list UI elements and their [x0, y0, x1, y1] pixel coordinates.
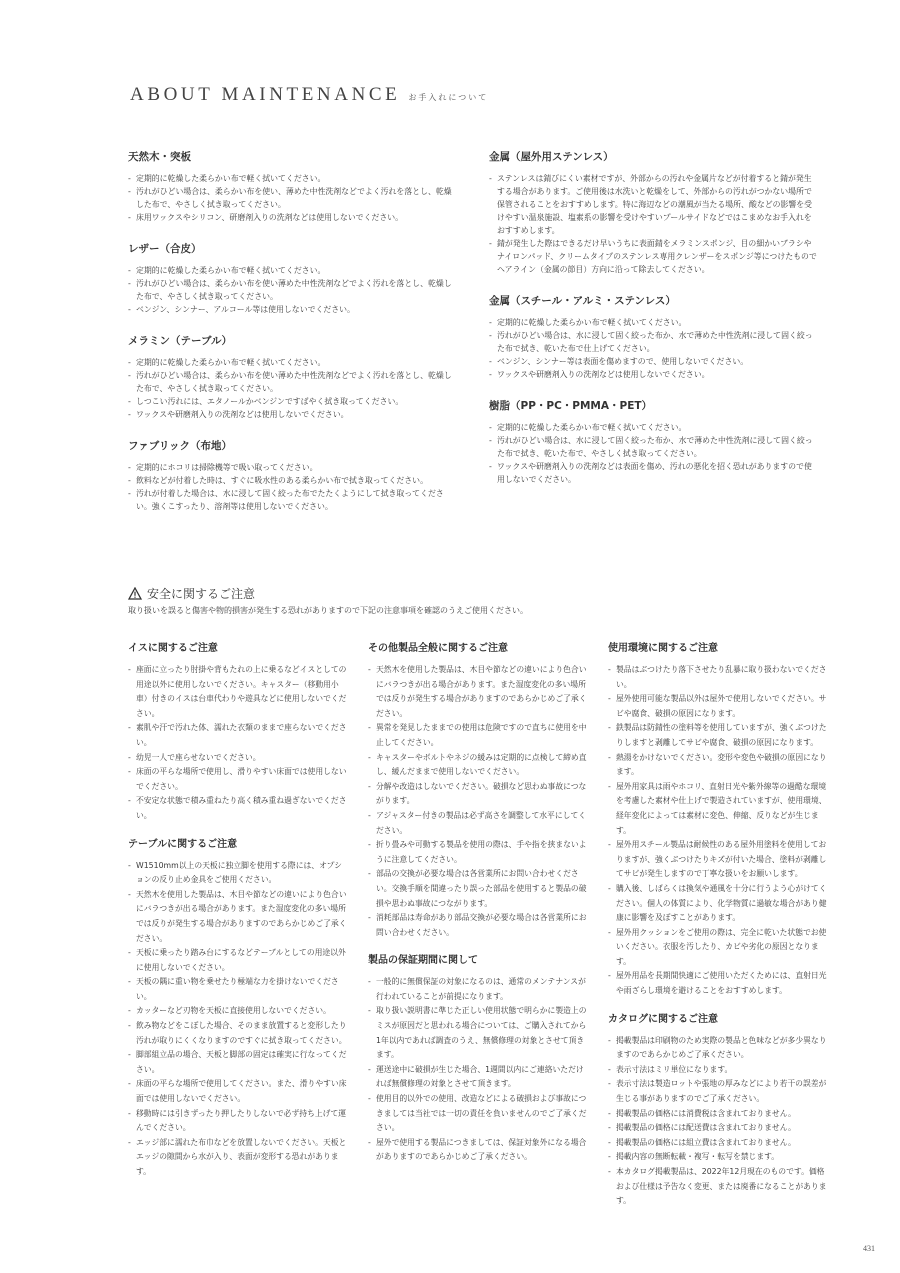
list-item: 定期的に乾燥した柔らかい布で軽く拭いてください。: [128, 264, 458, 277]
list-item: ベンジン、シンナー、アルコール等は使用しないでください。: [128, 303, 458, 316]
safety-description: 取り扱いを誤ると傷害や物的損害が発生する恐れがありますので下記の注意事項を確認の…: [128, 605, 528, 616]
page-number: 431: [863, 1244, 875, 1253]
list-item: 掲載製品の価格には消費税は含まれておりません。: [608, 1107, 828, 1122]
list-item: 天板に乗ったり踏み台にするなどテーブルとしての用途以外に使用しないでください。: [128, 946, 348, 975]
list-item: 掲載製品の価格には配送費は含まれておりません。: [608, 1121, 828, 1136]
page-title: ABOUT MAINTENANCE お手入れについて: [130, 84, 488, 106]
list-item: 一般的に無償保証の対象になるのは、通常のメンテナンスが行われていることが前提にな…: [368, 975, 588, 1004]
section-chair-caution: イスに関するご注意 座面に立ったり肘掛や背もたれの上に乗るなどイスとしての用途以…: [128, 642, 348, 824]
list-item: 不安定な状態で積み重ねたり高く積み重ね過ぎないでください。: [128, 794, 348, 823]
list-item: 運送途中に破損が生じた場合、1週間以内にご連絡いただければ無償修理の対象とさせて…: [368, 1063, 588, 1092]
list-item: 汚れがひどい場合は、水に浸して固く絞った布か、水で薄めた中性洗剤に浸して固く絞っ…: [489, 329, 819, 355]
section-title: 天然木・突板: [128, 150, 458, 164]
section-title: 樹脂（PP・PC・PMMA・PET）: [489, 399, 819, 413]
list-item: 購入後、しばらくは換気や通風を十分に行うよう心がけてください。個人の体質により、…: [608, 882, 828, 926]
list-item: 屋外用クッションをご使用の際は、完全に乾いた状態でお使いください。衣服を汚したり…: [608, 926, 828, 970]
section-title: 金属（スチール・アルミ・ステンレス）: [489, 294, 819, 308]
list-item: カッターなど刃物を天板に直接使用しないでください。: [128, 1004, 348, 1019]
list-item: 製品はぶつけたり落下させたり乱暴に取り扱わないでください。: [608, 663, 828, 692]
list-item: ワックスや研磨剤入りの洗剤などは使用しないでください。: [128, 408, 458, 421]
list-item: W1510mm以上の天板に独立脚を使用する際には、オプションの反り止め金具をご使…: [128, 859, 348, 888]
safety-column-2: その他製品全般に関するご注意 天然木を使用した製品は、木目や節などの違いにより色…: [368, 642, 588, 1179]
list-item: 脚部組立品の場合、天板と脚部の固定は確実に行なってください。: [128, 1048, 348, 1077]
safety-heading: 安全に関するご注意: [128, 585, 255, 602]
list-item: 定期的に乾燥した柔らかい布で軽く拭いてください。: [489, 316, 819, 329]
list-item: 異常を発見したままでの使用は危険ですので直ちに使用を中止してください。: [368, 721, 588, 750]
list-item: 掲載内容の無断転載・複写・転写を禁じます。: [608, 1150, 828, 1165]
list-item: 表示寸法は製造ロットや張地の厚みなどにより若干の誤差が生じる事がありますのでご了…: [608, 1077, 828, 1106]
section-warranty: 製品の保証期間に関して 一般的に無償保証の対象になるのは、通常のメンテナンスが行…: [368, 954, 588, 1165]
section-fabric: ファブリック（布地） 定期的にホコリは掃除機等で吸い取ってください。 飲料などが…: [128, 439, 458, 513]
list-item: 取り扱い説明書に準じた正しい使用状態で明らかに製造上のミスが原因だと思われる場合…: [368, 1004, 588, 1062]
list-item: 座面に立ったり肘掛や背もたれの上に乗るなどイスとしての用途以外に使用しないでくだ…: [128, 663, 348, 721]
warning-triangle-icon: [128, 587, 142, 600]
list-item: 天板の隅に重い物を乗せたり極端な力を掛けないでください。: [128, 975, 348, 1004]
section-title: その他製品全般に関するご注意: [368, 642, 588, 656]
list-item: 汚れがひどい場合は、水に浸して固く絞った布か、水で薄めた中性洗剤に浸して固く絞っ…: [489, 434, 819, 460]
section-catalog-caution: カタログに関するご注意 掲載製品は印刷物のため実際の製品と色味などが多少異なりま…: [608, 1013, 828, 1209]
section-metal: 金属（スチール・アルミ・ステンレス） 定期的に乾燥した柔らかい布で軽く拭いてくだ…: [489, 294, 819, 381]
list-item: 定期的に乾燥した柔らかい布で軽く拭いてください。: [489, 421, 819, 434]
list-item: 汚れがひどい場合は、柔らかい布を使い、薄めた中性洗剤などでよく汚れを落とし、乾燥…: [128, 185, 458, 211]
list-item: 分解や改造はしないでください。破損など思わぬ事故につながります。: [368, 780, 588, 809]
list-item: 屋外用スチール製品は耐候性のある屋外用塗料を使用しておりますが、強くぶつけたりキ…: [608, 838, 828, 882]
section-title: イスに関するご注意: [128, 642, 348, 656]
section-table-caution: テーブルに関するご注意 W1510mm以上の天板に独立脚を使用する際には、オプシ…: [128, 838, 348, 1180]
title-japanese: お手入れについて: [408, 92, 488, 103]
maintenance-right-column: 金属（屋外用ステンレス） ステンレスは錆びにくい素材ですが、外部からの汚れや金属…: [489, 150, 819, 504]
section-title: レザー（合皮）: [128, 242, 458, 256]
list-item: ステンレスは錆びにくい素材ですが、外部からの汚れや金属片などが付着すると錆が発生…: [489, 172, 819, 237]
list-item: 屋外用家具は雨やホコリ、直射日光や紫外線等の過酷な環境を考慮した素材や仕上げで製…: [608, 780, 828, 838]
list-item: 鉄製品は防錆性の塗料等を使用していますが、強くぶつけたりしますと剥離してサビや腐…: [608, 721, 828, 750]
list-item: 汚れがひどい場合は、柔らかい布を使い薄めた中性洗剤などでよく汚れを落とし、乾燥し…: [128, 277, 458, 303]
catalog-page: ABOUT MAINTENANCE お手入れについて 天然木・突板 定期的に乾燥…: [0, 0, 900, 1273]
list-item: 定期的に乾燥した柔らかい布で軽く拭いてください。: [128, 356, 458, 369]
list-item: 定期的にホコリは掃除機等で吸い取ってください。: [128, 461, 458, 474]
list-item: エッジ部に濡れた布巾などを放置しないでください。天板とエッジの隙間から水が入り、…: [128, 1136, 348, 1180]
list-item: 本カタログ掲載製品は、2022年12月現在のものです。価格および仕様は予告なく変…: [608, 1165, 828, 1209]
list-item: 床用ワックスやシリコン、研磨剤入りの洗剤などは使用しないでください。: [128, 211, 458, 224]
list-item: 屋外使用可能な製品以外は屋外で使用しないでください。サビや腐食、破損の原因になり…: [608, 692, 828, 721]
list-item: 素肌や汗で汚れた体、濡れた衣類のままで座らないでください。: [128, 721, 348, 750]
list-item: 熱湯をかけないでください。変形や変色や破損の原因になります。: [608, 751, 828, 780]
list-item: 掲載製品は印刷物のため実際の製品と色味などが多少異なりますのであらかじめご了承く…: [608, 1034, 828, 1063]
section-melamine: メラミン（テーブル） 定期的に乾燥した柔らかい布で軽く拭いてください。 汚れがひ…: [128, 334, 458, 421]
list-item: 幼児一人で座らせないでください。: [128, 751, 348, 766]
section-title: ファブリック（布地）: [128, 439, 458, 453]
list-item: 定期的に乾燥した柔らかい布で軽く拭いてください。: [128, 172, 458, 185]
list-item: 天然木を使用した製品は、木目や節などの違いにより色合いにバラつきが出る場合があり…: [368, 663, 588, 721]
section-leather: レザー（合皮） 定期的に乾燥した柔らかい布で軽く拭いてください。 汚れがひどい場…: [128, 242, 458, 316]
section-title: 使用環境に関するご注意: [608, 642, 828, 656]
list-item: ワックスや研磨剤入りの洗剤などは使用しないでください。: [489, 368, 819, 381]
title-english: ABOUT MAINTENANCE: [130, 84, 400, 106]
list-item: しつこい汚れには、エタノールかベンジンですばやく拭き取ってください。: [128, 395, 458, 408]
section-outdoor-stainless: 金属（屋外用ステンレス） ステンレスは錆びにくい素材ですが、外部からの汚れや金属…: [489, 150, 819, 276]
list-item: 掲載製品の価格には組立費は含まれておりません。: [608, 1136, 828, 1151]
list-item: 飲料などが付着した時は、すぐに吸水性のある柔らかい布で拭き取ってください。: [128, 474, 458, 487]
section-resin: 樹脂（PP・PC・PMMA・PET） 定期的に乾燥した柔らかい布で軽く拭いてくだ…: [489, 399, 819, 486]
list-item: 飲み物などをこぼした場合、そのまま放置すると変形したり汚れが取りにくくなりますの…: [128, 1019, 348, 1048]
list-item: 汚れが付着した場合は、水に浸して固く絞った布でたたくようにして拭き取ってください…: [128, 487, 458, 513]
section-title: 金属（屋外用ステンレス）: [489, 150, 819, 164]
section-environment-caution: 使用環境に関するご注意 製品はぶつけたり落下させたり乱暴に取り扱わないでください…: [608, 642, 828, 999]
list-item: 移動時には引きずったり押したりしないで必ず持ち上げて運んでください。: [128, 1107, 348, 1136]
list-item: 床面の平らな場所で使用し、滑りやすい床面では使用しないでください。: [128, 765, 348, 794]
section-title: カタログに関するご注意: [608, 1013, 828, 1027]
list-item: 部品の交換が必要な場合は各営業所にお問い合わせください。交換手順を間違ったり誤っ…: [368, 867, 588, 911]
section-natural-wood: 天然木・突板 定期的に乾燥した柔らかい布で軽く拭いてください。 汚れがひどい場合…: [128, 150, 458, 224]
list-item: 屋外用品を長期間快適にご使用いただくためには、直射日光や雨ざらし環境を避けること…: [608, 969, 828, 998]
list-item: 使用目的以外での使用、改造などによる破損および事故につきましては当社では一切の責…: [368, 1092, 588, 1136]
list-item: 屋外で使用する製品につきましては、保証対象外になる場合がありますのであらかじめご…: [368, 1136, 588, 1165]
list-item: アジャスター付きの製品は必ず高さを調整して水平にしてください。: [368, 809, 588, 838]
list-item: 表示寸法はミリ単位になります。: [608, 1063, 828, 1078]
section-general-products-caution: その他製品全般に関するご注意 天然木を使用した製品は、木目や節などの違いにより色…: [368, 642, 588, 940]
section-title: テーブルに関するご注意: [128, 838, 348, 852]
maintenance-left-column: 天然木・突板 定期的に乾燥した柔らかい布で軽く拭いてください。 汚れがひどい場合…: [128, 150, 458, 531]
section-title: 製品の保証期間に関して: [368, 954, 588, 968]
list-item: 天然木を使用した製品は、木目や節などの違いにより色合いにバラつきが出る場合があり…: [128, 888, 348, 946]
list-item: 折り畳みや可動する製品を使用の際は、手や指を挟まないように注意してください。: [368, 838, 588, 867]
safety-title: 安全に関するご注意: [147, 585, 255, 602]
list-item: 錆が発生した際はできるだけ早いうちに表面錆をメラミンスポンジ、目の細かいブラシや…: [489, 237, 819, 276]
list-item: ワックスや研磨剤入りの洗剤などは表面を傷め、汚れの悪化を招く恐れがありますので使…: [489, 460, 819, 486]
safety-column-1: イスに関するご注意 座面に立ったり肘掛や背もたれの上に乗るなどイスとしての用途以…: [128, 642, 348, 1194]
list-item: キャスターやボルトやネジの緩みは定期的に点検して締め直し、緩んだままで使用しない…: [368, 751, 588, 780]
safety-column-3: 使用環境に関するご注意 製品はぶつけたり落下させたり乱暴に取り扱わないでください…: [608, 642, 828, 1223]
list-item: 床面の平らな場所で使用してください。また、滑りやすい床面では使用しないでください…: [128, 1077, 348, 1106]
list-item: 汚れがひどい場合は、柔らかい布を使い薄めた中性洗剤などでよく汚れを落とし、乾燥し…: [128, 369, 458, 395]
list-item: ベンジン、シンナー等は表面を傷めますので、使用しないでください。: [489, 355, 819, 368]
section-title: メラミン（テーブル）: [128, 334, 458, 348]
list-item: 消耗部品は寿命があり部品交換が必要な場合は各営業所にお問い合わせください。: [368, 911, 588, 940]
